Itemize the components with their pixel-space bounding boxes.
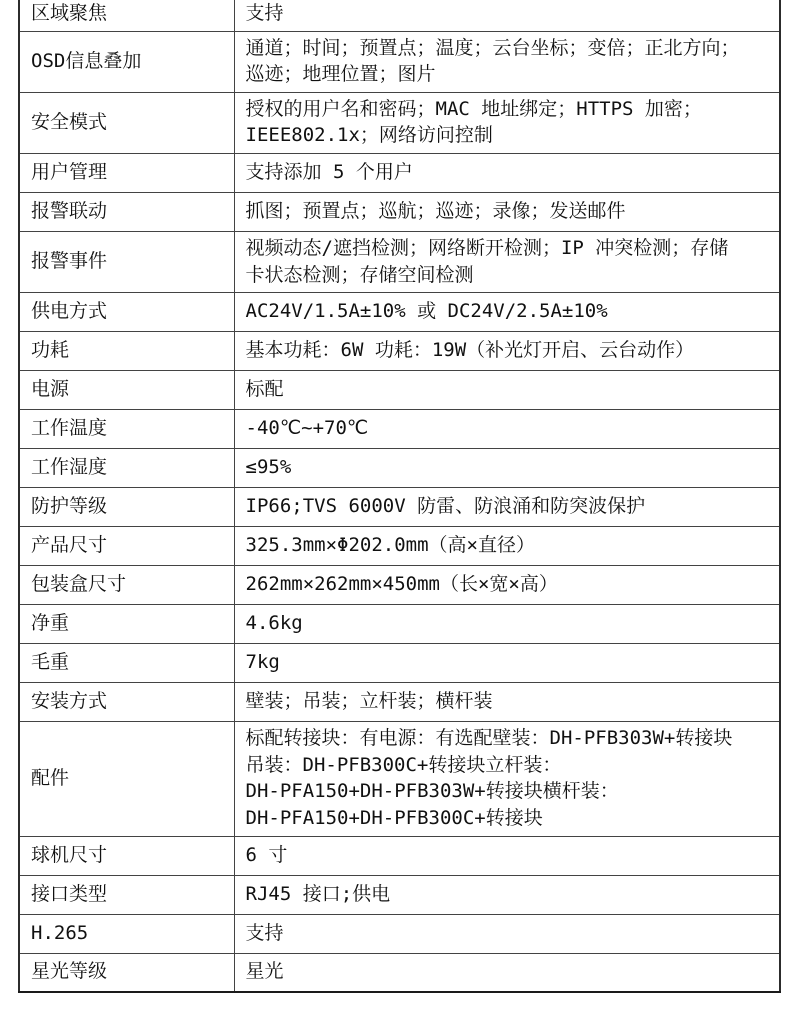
spec-value-cell: 标配 — [234, 371, 780, 410]
spec-value-cell: IP66;TVS 6000V 防雷、防浪涌和防突波保护 — [234, 488, 780, 527]
spec-table: 区域聚焦 支持 OSD信息叠加 通道；时间；预置点；温度；云台坐标；变倍；正北方… — [18, 0, 781, 993]
table-row: 净重 4.6kg — [19, 605, 780, 644]
spec-table-body: 区域聚焦 支持 OSD信息叠加 通道；时间；预置点；温度；云台坐标；变倍；正北方… — [19, 0, 780, 992]
spec-label-cell: 配件 — [19, 722, 234, 836]
spec-value-cell: 325.3mm×Φ202.0mm（高×直径） — [234, 527, 780, 566]
spec-value-cell: 壁装；吊装；立杆装；横杆装 — [234, 683, 780, 722]
spec-value-cell: AC24V/1.5A±10% 或 DC24V/2.5A±10% — [234, 293, 780, 332]
table-row: 安装方式 壁装；吊装；立杆装；横杆装 — [19, 683, 780, 722]
spec-label-cell: 区域聚焦 — [19, 0, 234, 31]
spec-label-cell: 用户管理 — [19, 153, 234, 192]
table-row: 工作湿度 ≤95% — [19, 449, 780, 488]
spec-label-cell: OSD信息叠加 — [19, 31, 234, 92]
spec-document-page: 区域聚焦 支持 OSD信息叠加 通道；时间；预置点；温度；云台坐标；变倍；正北方… — [0, 0, 800, 1023]
spec-value-cell: ≤95% — [234, 449, 780, 488]
spec-label-cell: 产品尺寸 — [19, 527, 234, 566]
spec-value-cell: 4.6kg — [234, 605, 780, 644]
spec-label-cell: 星光等级 — [19, 953, 234, 992]
spec-value-cell: 授权的用户名和密码；MAC 地址绑定；HTTPS 加密； IEEE802.1x；… — [234, 92, 780, 153]
spec-value-cell: 标配转接块：有电源：有选配壁装：DH-PFB303W+转接块 吊装：DH-PFB… — [234, 722, 780, 836]
table-row: 星光等级 星光 — [19, 953, 780, 992]
spec-value-cell: 抓图；预置点；巡航；巡迹；录像；发送邮件 — [234, 192, 780, 231]
table-row: 电源 标配 — [19, 371, 780, 410]
table-row: 球机尺寸 6 寸 — [19, 836, 780, 875]
spec-value-cell: 星光 — [234, 953, 780, 992]
table-row: 供电方式 AC24V/1.5A±10% 或 DC24V/2.5A±10% — [19, 293, 780, 332]
table-row: 配件 标配转接块：有电源：有选配壁装：DH-PFB303W+转接块 吊装：DH-… — [19, 722, 780, 836]
spec-value-cell: 支持 — [234, 914, 780, 953]
table-row: 用户管理 支持添加 5 个用户 — [19, 153, 780, 192]
table-row: 功耗 基本功耗：6W 功耗：19W（补光灯开启、云台动作） — [19, 332, 780, 371]
spec-value-cell: 基本功耗：6W 功耗：19W（补光灯开启、云台动作） — [234, 332, 780, 371]
spec-label-cell: 工作温度 — [19, 410, 234, 449]
table-row: 产品尺寸 325.3mm×Φ202.0mm（高×直径） — [19, 527, 780, 566]
spec-label-cell: 防护等级 — [19, 488, 234, 527]
spec-label-cell: 功耗 — [19, 332, 234, 371]
spec-value-cell: 7kg — [234, 644, 780, 683]
table-row: 毛重 7kg — [19, 644, 780, 683]
table-row: 接口类型 RJ45 接口;供电 — [19, 875, 780, 914]
table-row: 防护等级 IP66;TVS 6000V 防雷、防浪涌和防突波保护 — [19, 488, 780, 527]
spec-value-cell: -40℃~+70℃ — [234, 410, 780, 449]
spec-label-cell: 安装方式 — [19, 683, 234, 722]
spec-label-cell: 电源 — [19, 371, 234, 410]
spec-value-cell: 通道；时间；预置点；温度；云台坐标；变倍；正北方向； 巡迹；地理位置；图片 — [234, 31, 780, 92]
spec-label-cell: 工作湿度 — [19, 449, 234, 488]
spec-label-cell: 供电方式 — [19, 293, 234, 332]
spec-value-cell: 视频动态/遮挡检测；网络断开检测；IP 冲突检测；存储 卡状态检测；存储空间检测 — [234, 231, 780, 292]
table-row: 报警联动 抓图；预置点；巡航；巡迹；录像；发送邮件 — [19, 192, 780, 231]
spec-value-cell: 支持 — [234, 0, 780, 31]
table-row: 包装盒尺寸 262mm×262mm×450mm（长×宽×高） — [19, 566, 780, 605]
table-row: OSD信息叠加 通道；时间；预置点；温度；云台坐标；变倍；正北方向； 巡迹；地理… — [19, 31, 780, 92]
spec-label-cell: 安全模式 — [19, 92, 234, 153]
table-row: 区域聚焦 支持 — [19, 0, 780, 31]
spec-label-cell: H.265 — [19, 914, 234, 953]
spec-label-cell: 包装盒尺寸 — [19, 566, 234, 605]
spec-label-cell: 报警事件 — [19, 231, 234, 292]
table-row: 安全模式 授权的用户名和密码；MAC 地址绑定；HTTPS 加密； IEEE80… — [19, 92, 780, 153]
table-row: 工作温度 -40℃~+70℃ — [19, 410, 780, 449]
spec-label-cell: 毛重 — [19, 644, 234, 683]
spec-label-cell: 报警联动 — [19, 192, 234, 231]
spec-value-cell: 支持添加 5 个用户 — [234, 153, 780, 192]
table-row: H.265 支持 — [19, 914, 780, 953]
spec-label-cell: 球机尺寸 — [19, 836, 234, 875]
spec-label-cell: 接口类型 — [19, 875, 234, 914]
spec-value-cell: RJ45 接口;供电 — [234, 875, 780, 914]
spec-value-cell: 6 寸 — [234, 836, 780, 875]
table-row: 报警事件 视频动态/遮挡检测；网络断开检测；IP 冲突检测；存储 卡状态检测；存… — [19, 231, 780, 292]
spec-label-cell: 净重 — [19, 605, 234, 644]
spec-value-cell: 262mm×262mm×450mm（长×宽×高） — [234, 566, 780, 605]
